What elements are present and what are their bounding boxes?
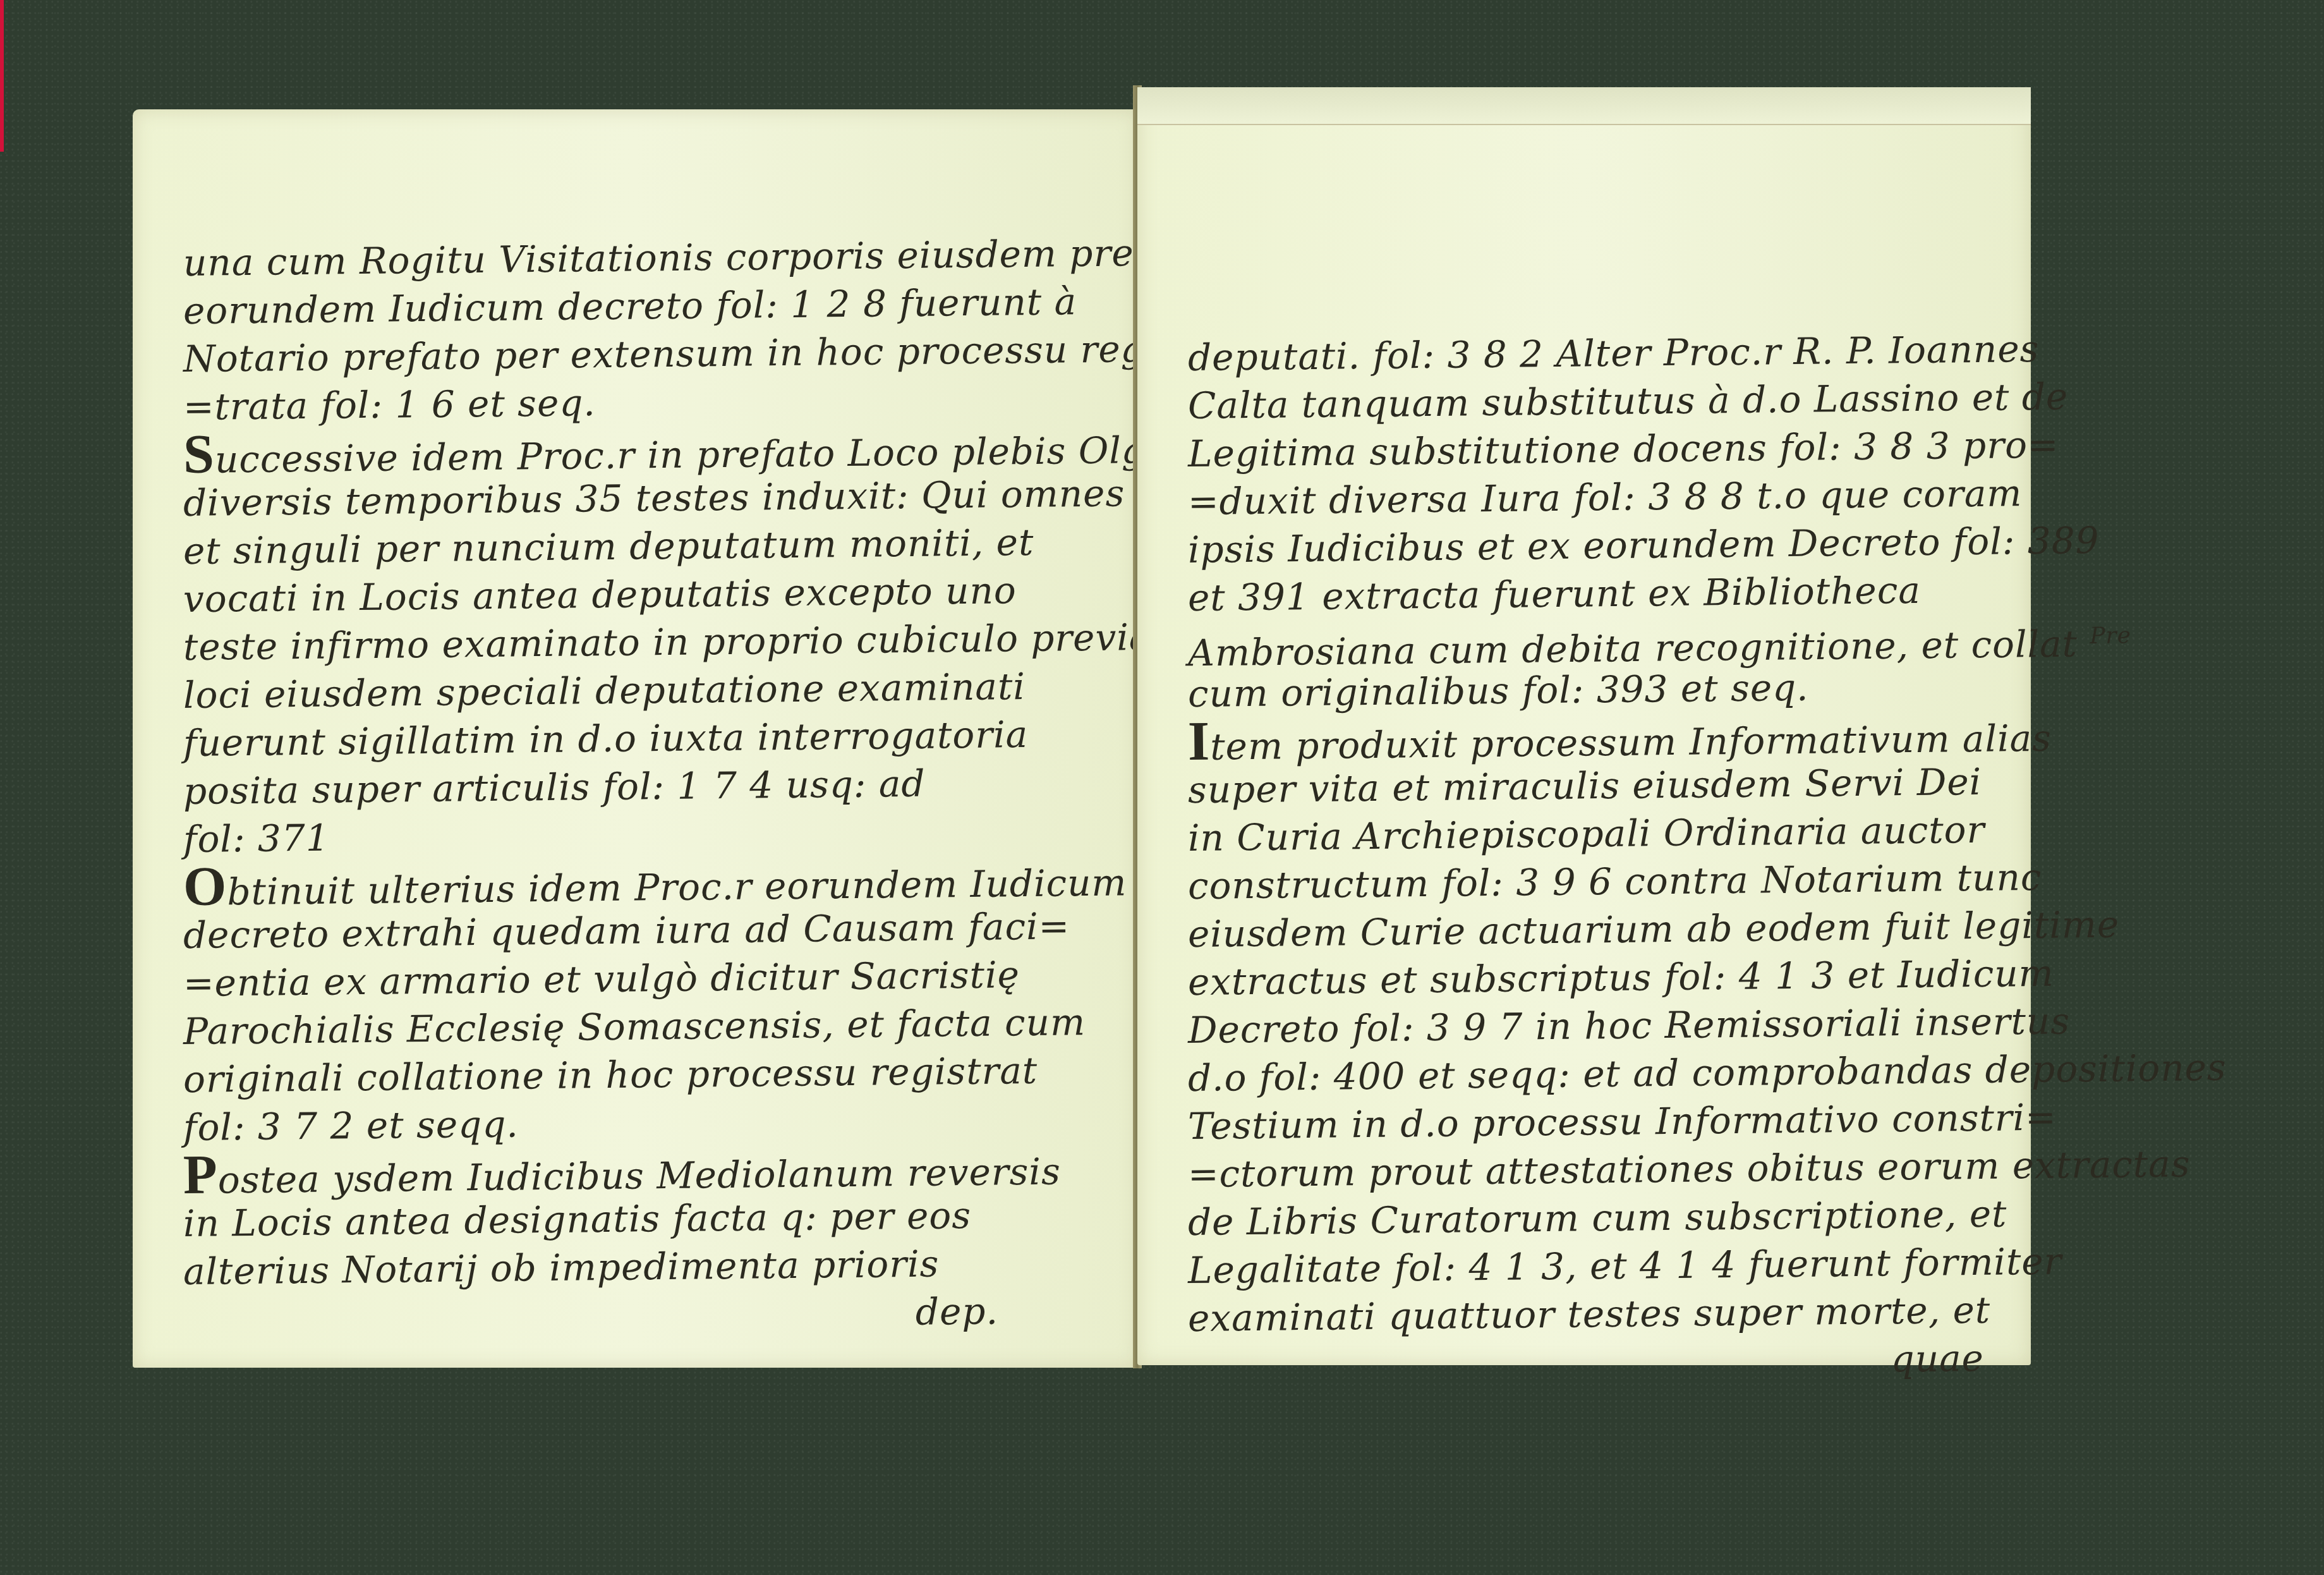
manuscript-line: decreto extrahi quedam iura ad Causam fa… <box>183 903 999 959</box>
manuscript-line: in Locis antea designatis facta q: per e… <box>183 1191 999 1248</box>
margin-note: Pre <box>2090 623 2131 649</box>
manuscript-line: una cum Rogitu Visitationis corporis eiu… <box>183 230 999 287</box>
manuscript-line: cum originalibus fol: 393 et seq. <box>1188 662 1985 718</box>
manuscript-line: in Curia Archiepiscopali Ordinaria aucto… <box>1188 806 1985 862</box>
manuscript-line: eiusdem Curie actuarium ab eodem fuit le… <box>1188 902 1985 958</box>
initial-capital: S <box>183 423 215 485</box>
manuscript-line: extractus et subscriptus fol: 4 1 3 et I… <box>1188 950 1985 1006</box>
left-page-text: una cum Rogitu Visitationis corporis eiu… <box>183 239 998 1344</box>
manuscript-line: super vita et miraculis eiusdem Servi De… <box>1188 758 1985 814</box>
paragraph-start-line: Postea ysdem Iudicibus Mediolanum revers… <box>183 1143 999 1200</box>
manuscript-line: fol: 3 7 2 et seqq. <box>183 1095 999 1152</box>
folded-top-edge <box>1137 87 2031 125</box>
left-page: una cum Rogitu Visitationis corporis eiu… <box>133 109 1139 1368</box>
manuscript-line: =trata fol: 1 6 et seq. <box>183 374 999 431</box>
manuscript-line: vocati in Locis antea deputatis excepto … <box>183 566 999 623</box>
manuscript-line: ipsis Iudicibus et ex eorundem Decreto f… <box>1188 518 1985 574</box>
manuscript-line: d.o fol: 400 et seqq: et ad comprobandas… <box>1188 1046 1985 1102</box>
right-page: deputati. fol: 3 8 2 Alter Proc.r R. P. … <box>1137 87 2031 1365</box>
manuscript-line: et singuli per nuncium deputatum moniti,… <box>183 518 999 575</box>
manuscript-line: eorundem Iudicum decreto fol: 1 2 8 fuer… <box>183 278 999 335</box>
manuscript-line: Legitima substitutione docens fol: 3 8 3… <box>1188 422 1985 478</box>
manuscript-line: teste infirmo examinato in proprio cubic… <box>183 614 999 671</box>
manuscript-line: =duxit diversa Iura fol: 3 8 8 t.o que c… <box>1188 470 1985 526</box>
manuscript-line: diversis temporibus 35 testes induxit: Q… <box>183 470 999 527</box>
manuscript-line: originali collatione in hoc processu reg… <box>183 1047 999 1104</box>
manuscript-line: loci eiusdem speciali deputatione examin… <box>183 662 999 719</box>
catchword: dep. <box>183 1287 999 1344</box>
initial-capital: P <box>183 1144 218 1206</box>
manuscript-line: Notario prefato per extensum in hoc proc… <box>183 326 999 383</box>
manuscript-line: Decreto fol: 3 9 7 in hoc Remissoriali i… <box>1188 998 1985 1054</box>
paragraph-start-line: Successive idem Proc.r in prefato Loco p… <box>183 422 999 479</box>
manuscript-line: Testium in d.o processu Informativo cons… <box>1188 1094 1985 1150</box>
manuscript-line: de Libris Curatorum cum subscriptione, e… <box>1188 1190 1985 1246</box>
manuscript-line: Parochialis Ecclesię Somascensis, et fac… <box>183 999 999 1055</box>
manuscript-line: Calta tanquam substitutus à d.o Lassino … <box>1188 374 1985 430</box>
manuscript-line: =ctorum prout attestationes obitus eorum… <box>1188 1142 1985 1198</box>
manuscript-spread: una cum Rogitu Visitationis corporis eiu… <box>0 0 2324 1575</box>
manuscript-line: deputati. fol: 3 8 2 Alter Proc.r R. P. … <box>1188 325 1985 382</box>
manuscript-line: Ambrosiana cum debita recognitione, et c… <box>1188 614 1985 670</box>
manuscript-line: fol: 371 <box>183 806 999 863</box>
manuscript-line: posita super articulis fol: 1 7 4 usq: a… <box>183 758 999 815</box>
initial-capital: O <box>183 856 227 918</box>
right-page-text: deputati. fol: 3 8 2 Alter Proc.r R. P. … <box>1188 334 1984 1390</box>
initial-capital: I <box>1187 711 1210 772</box>
manuscript-line: examinati quattuor testes super morte, e… <box>1188 1286 1985 1342</box>
manuscript-line: Legalitate fol: 4 1 3, et 4 1 4 fuerunt … <box>1188 1238 1985 1294</box>
manuscript-line: fuerunt sigillatim in d.o iuxta interrog… <box>183 710 999 767</box>
manuscript-line: constructum fol: 3 9 6 contra Notarium t… <box>1188 854 1985 910</box>
manuscript-line: alterius Notarij ob impedimenta prioris <box>183 1239 999 1296</box>
manuscript-line: =entia ex armario et vulgò dicitur Sacri… <box>183 951 999 1007</box>
paragraph-start-line: Obtinuit ulterius idem Proc.r eorundem I… <box>183 854 999 911</box>
manuscript-line: et 391 extracta fuerunt ex Bibliotheca <box>1188 566 1985 622</box>
catchword: quae <box>1188 1334 1985 1390</box>
paragraph-start-line: Item produxit processum Informativum ali… <box>1188 710 1985 766</box>
